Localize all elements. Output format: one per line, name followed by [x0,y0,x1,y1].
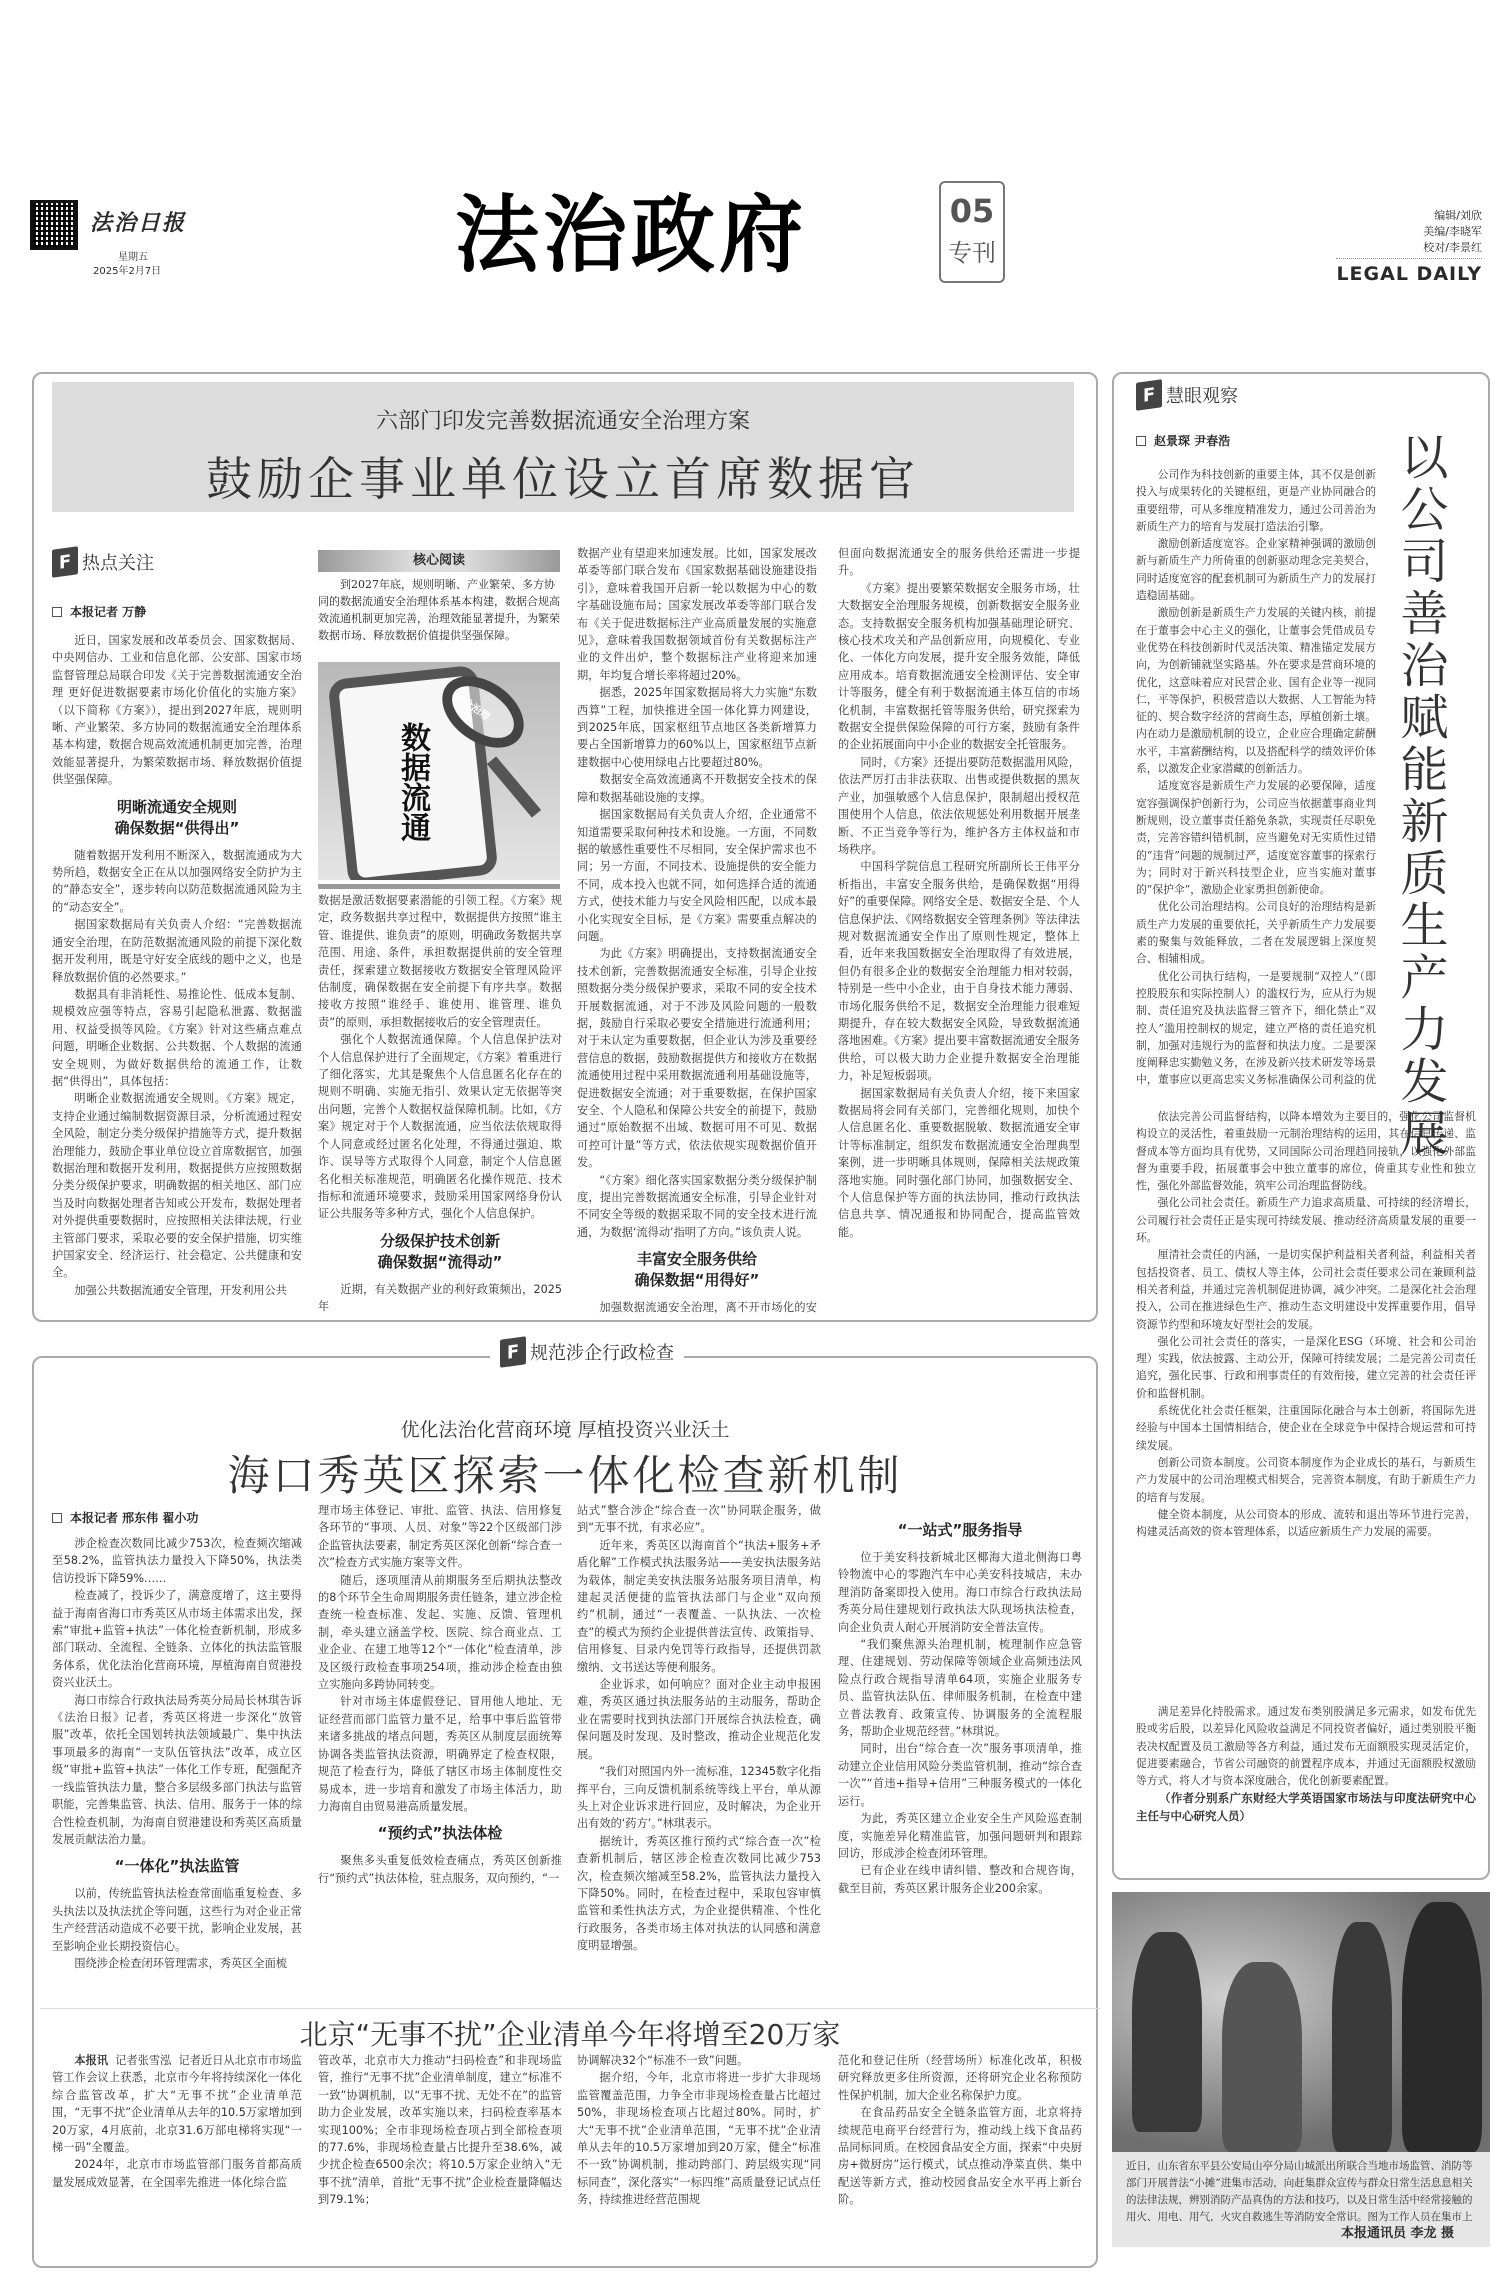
magnifier-handle [487,756,541,817]
section-tag-hot: F 热点关注 [52,548,154,576]
commentary-column-end: 满足差异化持股需求。通过发布类别股满足多元需求，如发布优先股或劣后股，以差异化风… [1136,1703,1476,1825]
paragraph: 创新公司资本制度。公司资本制度作为企业成长的基石，与新质生产力发展中的公司治理模… [1136,1454,1476,1506]
weekday: 星期五 [118,248,148,263]
subhead-line: 丰富安全服务供给 [577,1249,817,1270]
subhead: 明晰流通安全规则 确保数据“供得出” [52,797,302,839]
paragraph: 2024年，北京市市场监管部门服务首都高质量发展成效显著，在全国率先推进一体化综… [52,2156,302,2191]
article3-column-3: 协调解决32个“标准不一致”问题。 据介绍，今年，北京市将进一步扩大非现场监管覆… [577,2052,821,2232]
subhead: “预约式”执法体检 [318,1823,562,1844]
paragraph: 站式”整合涉企“综合查一次”协同联企服务，做到“无事不扰，有求必应”。 [577,1502,821,1537]
section-tag-insight: F 慧眼观察 [1136,381,1238,409]
illustration-text: 数据流通 [390,722,434,842]
paragraph: 企业诉求，如何响应？面对企业主动申报困难，秀英区通过执法服务站的主动服务，帮助企… [577,1676,821,1763]
paragraph: 健全资本制度，从公司资本的形成、流转和退出等环节进行完善，构建灵活高效的资本管理… [1136,1506,1476,1541]
article2-column-1: 涉企检查次数同比减少753次，检查频次缩减至58.2%，监管执法力量投入下降50… [52,1535,302,1995]
page-title: 法治政府 [455,180,807,290]
paragraph: 涉企检查次数同比减少753次，检查频次缩减至58.2%，监管执法力量投入下降50… [52,1535,302,1587]
paragraph: 位于美安科技新城北区椰海大道北侧海口粤铃物流中心的零跑汽车中心美安科技城店，未办… [838,1549,1082,1636]
paragraph: 加强公共数据流通安全管理，开发利用公共 [52,1282,302,1299]
article2-kicker: 优化法治化营商环境 厚植投资兴业沃土 [32,1415,1098,1442]
headline-band: 六部门印发完善数据流通安全治理方案 鼓励企事业单位设立首席数据官 [52,382,1074,512]
article3-title[interactable]: 北京“无事不扰”企业清单今年将增至20万家 [40,2008,1100,2053]
byline: 赵景琛 尹春浩 [1136,432,1230,449]
paragraph: 明晰企业数据流通安全规则。《方案》规定，支持企业通过编制数据资源目录，分析流通过… [52,1090,302,1281]
byline: 本报记者 万静 [52,603,146,620]
section-tag-inspection: F 规范涉企行政检查 [490,1338,684,1366]
paragraph: 激励创新适度宽容。企业家精神强调的激励创新与新质生产力所倚重的创新驱动理念完美契… [1136,535,1376,604]
byline: 本报记者 邢东伟 翟小功 [52,1509,198,1526]
paragraph-text: 记者近日从北京市市场监管工作会议上获悉，北京市今年将持续深化一体化综合监管改革，… [52,2054,302,2154]
article1-title[interactable]: 鼓励企事业单位设立首席数据官 [52,443,1074,509]
article1-column-1: 近日，国家发展和改革委员会、国家数据局、中央网信办、工业和信息化部、公安部、国家… [52,632,302,1299]
paragraph: 同时，《方案》还提出要防范数据滥用风险，依法严厉打击非法获取、出售或提供数据的黑… [838,754,1080,858]
paragraph: 公司作为科技创新的重要主体，其不仅是创新投入与成果转化的关键枢纽，更是产业协同融… [1136,466,1376,535]
paragraph: 《方案》提出要繁荣数据安全服务市场，壮大数据安全治理服务规模，创新数据安全服务业… [838,580,1080,754]
subhead: 分级保护技术创新 确保数据“流得动” [318,1231,562,1273]
paragraph: 同时，出台“综合查一次”服务事项清单，推动建立企业信用风险分类监管机制，推动“综… [838,1740,1082,1810]
proofreader: 校对/李景红 [1423,240,1482,256]
masthead: 法治日报 星期五 2025年2月7日 法治政府 05 专刊 编辑/刘欣 美编/李… [0,170,1500,300]
paragraph: 据悉，2025年国家数据局将大力实施“东数西算”工程，加快推进全国一体化算力网建… [577,684,817,771]
paragraph: 已有企业在线申请纠错、整改和合规咨询，截至目前，秀英区累计服务企业200余家。 [838,1862,1082,1897]
photo-caption: 近日，山东省东平县公安局山亭分局山城派出所联合当地市场监管、消防等部门开展普法“… [1112,2152,1490,2222]
officer-figure [1402,1902,1482,2152]
square-icon [1136,436,1146,446]
paragraph: 适度宽容是新质生产力发展的必要保障，适度宽容强调保护创新行为，公司应当依据董事商… [1136,777,1376,898]
paragraph: 管改革，北京市大力推动“扫码检查”和非现场监管，推行“无事不扰”企业清单制度，建… [318,2052,562,2209]
paper-name: 法治日报 [90,206,186,237]
paragraph: 据国家数据局有关负责人介绍，接下来国家数据局将会同有关部门，完善细化规则，加快个… [838,1085,1080,1242]
section-label: 慧眼观察 [1166,382,1238,408]
paragraph: 协调解决32个“标准不一致”问题。 [577,2052,821,2069]
article3-column-4: 范化和登记住所（经营场所）标准化改革，积极研究释放更多住所资源，还将研究企业名称… [838,2052,1082,2232]
paragraph: 中国科学院信息工程研究所副所长王伟平分析指出，丰富安全服务供给，是确保数据“用得… [838,858,1080,1084]
editor-credits: 编辑/刘欣 美编/李晓军 校对/李景红 [1423,208,1482,256]
paragraph: 近期，有关数据产业的利好政策频出，2025年 [318,1281,562,1316]
subhead-line: 明晰流通安全规则 [52,797,302,818]
paragraph: 本报讯 记者张雪泓 记者近日从北京市市场监管工作会议上获悉，北京市今年将持续深化… [52,2052,302,2156]
byline-text: 本报记者 邢东伟 翟小功 [70,1509,198,1526]
paragraph: “《方案》细化落实国家数据分类分级保护制度，提出完善数据流通安全标准，引导企业针… [577,1172,817,1242]
core-read-text: 到2027年底，规则明晰、产业繁荣、多方协同的数据流通安全治理体系基本构建，数据… [318,576,560,644]
divider [318,884,560,889]
brand-en: LEGAL DAILY [1336,258,1482,285]
paragraph: 系统优化社会责任框架，注重国际化融合与本土创新，将国际先进经验与中国本土国情相结… [1136,1402,1476,1454]
paragraph: “我们对照国内外一流标准，12345数字化指挥平台，三向反馈机制系统等线上平台，… [577,1763,821,1833]
subhead-line: 确保数据“用得好” [577,1270,817,1291]
paragraph: 厘清社会责任的内涵，一是切实保护利益相关者利益，利益相关者包括投资者、员工、债权… [1136,1246,1476,1332]
f-logo-icon: F [500,1336,526,1368]
commentary-title[interactable]: 以公司善治赋能新质生产力发展 [1390,432,1450,1160]
person-figure [1132,1932,1202,2132]
byline-text: 赵景琛 尹春浩 [1154,432,1230,449]
paragraph: 激励创新是新质生产力发展的关键内核，前提在于董事会中心主义的强化，让董事会凭借成… [1136,604,1376,777]
subhead: “一站式”服务指导 [838,1520,1082,1541]
f-logo-icon: F [1136,379,1162,411]
f-logo-icon: F [52,546,78,578]
paragraph: 据国家数据局有关负责人介绍，企业通常不知道需要采取何种技术和设施。一方面，不同数… [577,806,817,945]
issue-date: 2025年2月7日 [93,262,161,277]
paragraph: 为此，秀英区建立企业安全生产风险巡查制度，实施差异化精准监管，加强问题研判和跟踪… [838,1810,1082,1862]
square-icon [52,1513,62,1523]
page-type: 专刊 [941,235,1003,271]
paragraph: 强化公司社会责任。新质生产力追求高质量、可持续的经济增长，公司履行社会责任正是实… [1136,1194,1476,1246]
article1-kicker: 六部门印发完善数据流通安全治理方案 [52,404,1074,435]
paragraph: 范化和登记住所（经营场所）标准化改革，积极研究释放更多住所资源，还将研究企业名称… [838,2052,1082,2104]
square-icon [52,607,62,617]
paragraph: 数据产业有望迎来加速发展。比如，国家发展改革委等部门联合发布《国家数据基础设施建… [577,545,817,684]
paragraph: 检查减了，投诉少了，满意度增了，这主要得益于海南省海口市秀英区从市场主体需求出发… [52,1587,302,1691]
paragraph: “我们聚焦源头治理机制，梳理制作应急管理、住建规划、劳动保障等领域企业高频违法风… [838,1636,1082,1740]
commentary-column-narrow: 公司作为科技创新的重要主体，其不仅是创新投入与成果转化的关键枢纽，更是产业协同融… [1136,466,1376,1086]
paragraph: 依法完善公司监督结构，以降本增效为主要目的，强化公司监督机构设立的灵活性，着重鼓… [1136,1108,1476,1194]
subhead-line: 确保数据“供得出” [52,818,302,839]
article2-column-4: “一站式”服务指导 位于美安科技新城北区椰海大道北侧海口粤铃物流中心的零跑汽车中… [838,1512,1082,1995]
art-editor: 美编/李晓军 [1423,224,1482,240]
paragraph: 随后，逐项厘清从前期服务至后期执法整改的8个环节全生命周期服务责任链条，建立涉企… [318,1572,562,1694]
byline-text: 本报记者 万静 [70,603,146,620]
paragraph: 为此《方案》明确提出，支持数据流通安全技术创新，完善数据流通安全标准，引导企业按… [577,945,817,1171]
author-note: （作者分别系广东财经大学英语国家市场法与印度法研究中心主任与中心研究人员） [1136,1789,1476,1825]
paragraph: 但面向数据流通安全的服务供给还需进一步提升。 [838,545,1080,580]
reporter: 记者张雪泓 [115,2054,171,2067]
lead-tag: 本报讯 [74,2054,108,2067]
page-badge: 05 专刊 [939,181,1005,283]
section-label: 热点关注 [82,549,154,575]
article2-column-3: 站式”整合涉企“综合查一次”协同联企服务，做到“无事不扰，有求必应”。 近年来，… [577,1502,821,1995]
news-photo[interactable] [1112,1892,1490,2152]
paragraph: 数据是激活数据要素潜能的引领工程。《方案》规定，政务数据共享过程中，数据提供方按… [318,892,562,1031]
paragraph: 理市场主体登记、审批、监管、执法、信用修复各环节的“事项、人员、对象”等22个区… [318,1502,562,1572]
paragraph: 据国家数据局有关负责人介绍：“完善数据流通安全治理，在防范数据流通风险的前提下深… [52,916,302,986]
article3-column-1: 本报讯 记者张雪泓 记者近日从北京市市场监管工作会议上获悉，北京市今年将持续深化… [52,2052,302,2232]
paragraph: 数据安全高效流通离不开数据安全技术的保障和数据基础设施的支撑。 [577,771,817,806]
paragraph: 强化公司社会责任的落实，一是深化ESG（环境、社会和公司治理）实践，依法披露、主… [1136,1333,1476,1402]
article1-column-3: 数据产业有望迎来加速发展。比如，国家发展改革委等部门联合发布《国家数据基础设施建… [577,545,817,1315]
qr-code-icon[interactable] [30,200,78,250]
commentary-column-wide: 依法完善公司监督结构，以降本增效为主要目的，强化公司监督机构设立的灵活性，着重鼓… [1136,1108,1476,1708]
paragraph: 优化公司执行结构，一是要规制“双控人”（即控股股东和实际控制人）的滥权行为，应从… [1136,968,1376,1086]
page-number: 05 [941,187,1003,235]
paragraph: 在食品药品安全全链条监管方面，北京将持续规范电商平台经营行为，推动线上线下食品药… [838,2104,1082,2208]
core-read-label: 核心阅读 [318,550,560,572]
subhead: 丰富安全服务供给 确保数据“用得好” [577,1249,817,1291]
paragraph: 围绕涉企检查闭环管理需求，秀英区全面梳 [52,1955,302,1972]
officer-figure [1332,1922,1392,2152]
photo-credit: 本报通讯员 李龙 摄 [1112,2222,1490,2247]
subhead: “一体化”执法监管 [52,1856,302,1877]
article2-title[interactable]: 海口秀英区探索一体化检查新机制 [32,1443,1098,1503]
paragraph: 海口市综合行政执法局秀英分局局长林琪告诉《法治日报》记者，秀英区将进一步深化“放… [52,1692,302,1849]
paragraph: 随着数据开发利用不断深入，数据流通成为大势所趋，数据安全正在从以加强网络安全防护… [52,847,302,917]
data-circulation-illustration: 数据流通 安全治理 [318,662,560,880]
paragraph: 优化公司治理结构。公司良好的治理结构是新质生产力发展的重要依托，关乎新质生产力发… [1136,898,1376,967]
paragraph: 据介绍，今年，北京市将进一步扩大非现场监管覆盖范围，力争全市非现场检查量占比超过… [577,2069,821,2208]
subhead-line: 分级保护技术创新 [318,1231,562,1252]
editor: 编辑/刘欣 [1423,208,1482,224]
paragraph: 聚焦多头重复低效检查痛点，秀英区创新推行“预约式”执法体检，驻点服务，双向预约，… [318,1852,562,1887]
person-figure [1222,1962,1302,2152]
paragraph: 以前，传统监管执法检查常面临重复检查、多头执法以及执法扰企等问题，这些行为对企业… [52,1885,302,1955]
core-read-box: 核心阅读 到2027年底，规则明晰、产业繁荣、多方协同的数据流通安全治理体系基本… [318,550,560,644]
subhead-line: 确保数据“流得动” [318,1252,562,1273]
article2-column-2: 理市场主体登记、审批、监管、执法、信用修复各环节的“事项、人员、对象”等22个区… [318,1502,562,1995]
article1-column-4: 但面向数据流通安全的服务供给还需进一步提升。 《方案》提出要繁荣数据安全服务市场… [838,545,1080,1315]
paragraph: 针对市场主体虚假登记、冒用他人地址、无证经营而部门监管力量不足，给事中事后监管带… [318,1693,562,1815]
paragraph: 据统计，秀英区推行预约式“综合查一次”检查新机制后，辖区涉企检查次数同比减少75… [577,1833,821,1955]
paragraph: 加强数据流通安全治理，离不开市场化的安全服务供给。当前，我国数据安全产业加快发展… [577,1299,817,1315]
paragraph: 满足差异化持股需求。通过发布类别股满足多元需求，如发布优先股或劣后股，以差异化风… [1136,1703,1476,1789]
paragraph: 强化个人数据流通保障。个人信息保护法对个人信息保护进行了全面规定，《方案》着重进… [318,1031,562,1222]
article1-column-2: 数据是激活数据要素潜能的引领工程。《方案》规定，政务数据共享过程中，数据提供方按… [318,892,562,1316]
article3-column-2: 管改革，北京市大力推动“扫码检查”和非现场监管，推行“无事不扰”企业清单制度，建… [318,2052,562,2232]
section-label: 规范涉企行政检查 [530,1339,674,1365]
paragraph: 数据具有非消耗性、易推论性、低成本复制、规模效应强等特点，容易引起隐私泄露、数据… [52,986,302,1090]
paragraph: 近日，国家发展和改革委员会、国家数据局、中央网信办、工业和信息化部、公安部、国家… [52,632,302,789]
paragraph: 近年来，秀英区以海南首个“执法+服务+矛盾化解”工作模式执法服务站——美安执法服… [577,1537,821,1676]
